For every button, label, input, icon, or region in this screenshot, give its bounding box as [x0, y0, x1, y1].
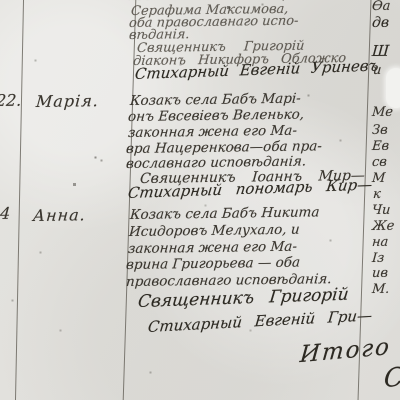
- right-column-fragment: М: [372, 172, 386, 185]
- total-flourish: Итого: [299, 336, 392, 367]
- paper-patch: [386, 68, 400, 108]
- entry-number: 22.: [0, 93, 22, 109]
- right-column-fragment: и: [373, 64, 382, 77]
- right-column-fragment: к: [373, 188, 382, 201]
- entry-name-maria: Марія.: [35, 93, 99, 110]
- right-column-fragment: Зв: [372, 124, 389, 137]
- entry-number: 24: [0, 206, 11, 222]
- right-column-fragment: дв: [371, 16, 389, 30]
- right-column-fragment: св: [372, 156, 388, 169]
- right-column-fragment: Чи: [372, 204, 391, 217]
- register-scan-page: нова и жена его Марѳа Серафима Максимова…: [0, 0, 400, 400]
- right-column-fragment: на: [372, 236, 389, 249]
- entry-name-anna: Анна.: [32, 207, 86, 224]
- corner-flourish: С: [383, 365, 400, 393]
- paper-speckles: [0, 0, 1, 1]
- right-column-fragment: Ш: [371, 44, 389, 59]
- handwritten-line: Исидоровъ Мелухало, и: [129, 224, 301, 240]
- handwritten-line: Козакъ села Бабъ Никита: [130, 206, 320, 222]
- right-column-fragment: Же: [372, 220, 395, 233]
- handwritten-line: врина Григорьева — оба: [126, 257, 301, 273]
- right-column-fragment: ив: [372, 267, 389, 280]
- table-rule-left: [14, 0, 24, 400]
- clergy-signature: Священникъ Григорій: [137, 287, 349, 311]
- right-column-fragment: Ме: [372, 106, 394, 119]
- right-column-fragment: Ев: [372, 140, 390, 153]
- right-column-fragment: Ѳа: [372, 0, 391, 13]
- clergy-signature: Стихарный Евгеній Гри—: [147, 308, 373, 335]
- right-column-fragment: М.: [372, 283, 390, 296]
- right-column-fragment: Із: [372, 252, 385, 265]
